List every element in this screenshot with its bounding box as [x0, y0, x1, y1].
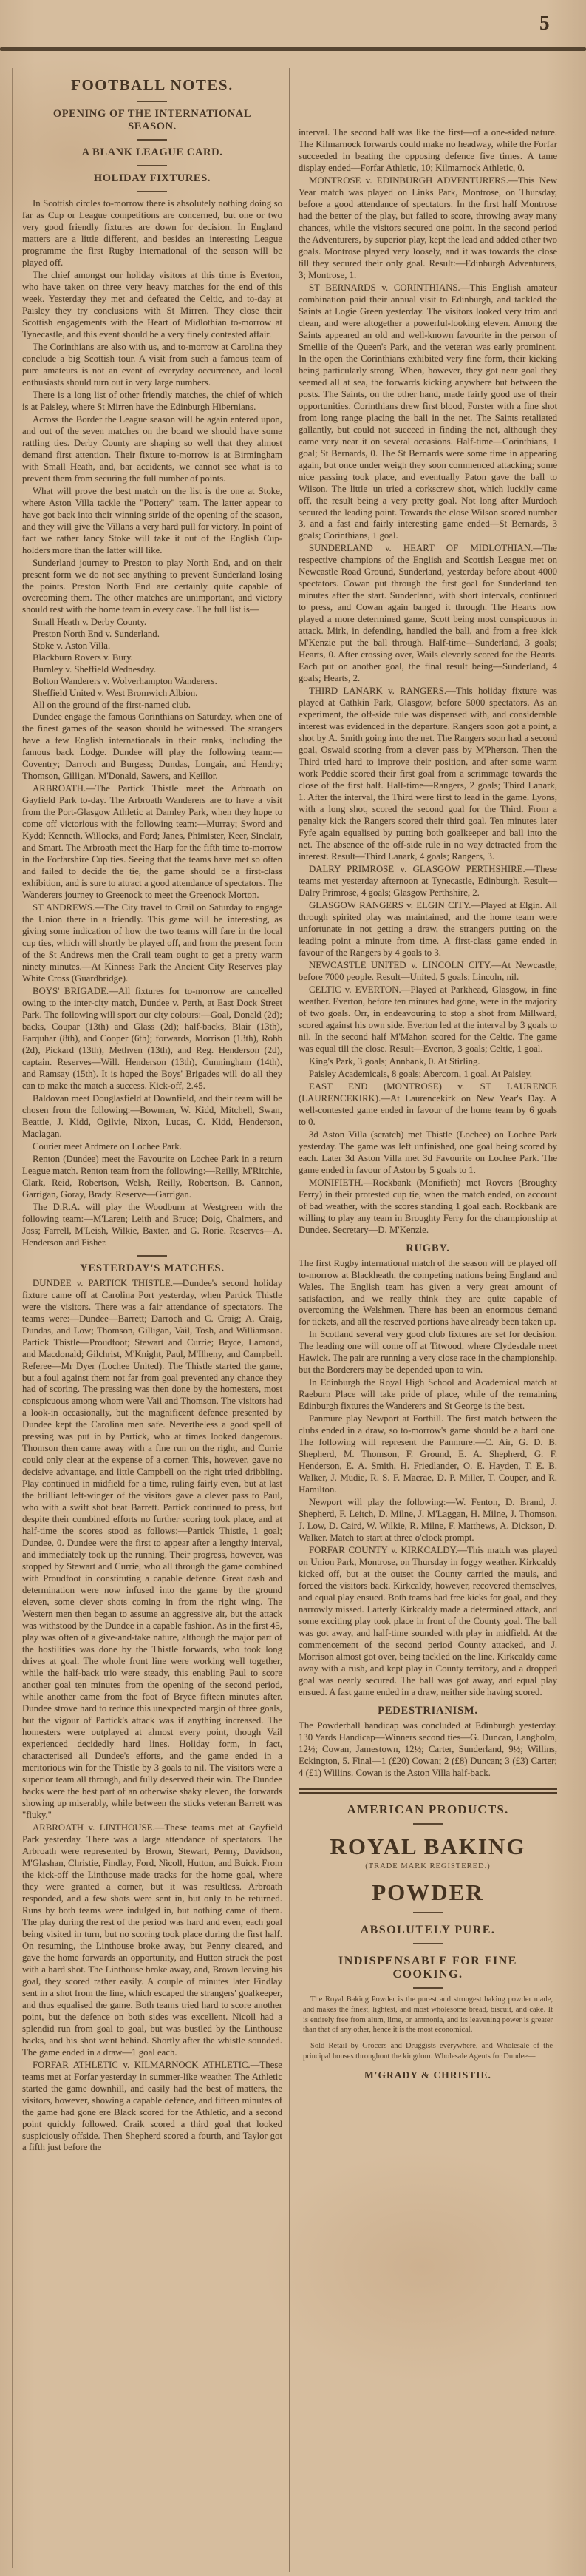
article-paragraph: The D.R.A. will play the Woodburn at Wes… — [22, 1202, 282, 1249]
ad-trademark-note: (TRADE MARK REGISTERED.) — [299, 1862, 557, 1870]
divider-rule — [137, 139, 167, 141]
divider-rule — [413, 1912, 443, 1913]
article-paragraph: DALRY PRIMROSE v. GLASGOW PERTHSHIRE.—Th… — [299, 864, 557, 899]
divider-rule — [413, 1823, 443, 1825]
ad-slogan: INDISPENSABLE FOR FINE COOKING. — [318, 1955, 538, 1981]
article-paragraph: FORFAR ATHLETIC v. KILMARNOCK ATHLETIC.—… — [22, 2060, 282, 2154]
article-paragraph: In Edinburgh the Royal High School and A… — [299, 1377, 557, 1413]
article-paragraph: ST BERNARDS v. CORINTHIANS.—This English… — [299, 283, 557, 543]
section-heading: PEDESTRIANISM. — [299, 1705, 557, 1717]
article-paragraph: In Scottish circles to-morrow there is a… — [22, 198, 282, 269]
fixture-line: Bolton Wanderers v. Wolverhampton Wander… — [22, 676, 282, 688]
article-paragraph: MONIFIETH.—Rockbank (Monifieth) met Rove… — [299, 1177, 557, 1237]
section-heading: YESTERDAY'S MATCHES. — [22, 1262, 282, 1275]
article-paragraph: The Corinthians are also with us, and to… — [22, 342, 282, 389]
fixture-line: Sheffield United v. West Bromwich Albion… — [22, 688, 282, 700]
article-paragraph: NEWCASTLE UNITED v. LINCOLN CITY.—At New… — [299, 960, 557, 984]
page-number: 5 — [539, 12, 550, 35]
article-paragraph: Panmure play Newport at Forthill. The fi… — [299, 1413, 557, 1496]
divider-rule — [137, 101, 167, 102]
fixture-line: Burnley v. Sheffield Wednesday. — [22, 664, 282, 676]
fixture-line: All on the ground of the first-named clu… — [22, 700, 282, 711]
divider-rule — [137, 1255, 167, 1257]
article-paragraph: ARBROATH.—The Partick Thistle meet the A… — [22, 783, 282, 902]
left-column: FOOTBALL NOTES.OPENING OF THE INTERNATIO… — [22, 70, 282, 2154]
divider-rule — [137, 191, 167, 192]
fixture-line: Preston North End v. Sunderland. — [22, 629, 282, 640]
ad-brand-text: POWDER — [299, 1879, 557, 1906]
article-subhead: A BLANK LEAGUE CARD. — [33, 146, 272, 159]
fixture-line: Small Heath v. Derby County. — [22, 617, 282, 629]
article-paragraph: EAST END (MONTROSE) v. ST LAURENCE (LAUR… — [299, 1081, 557, 1129]
article-subhead: OPENING OF THE INTERNATIONAL SEASON. — [33, 108, 272, 133]
article-paragraph: GLASGOW RANGERS v. ELGIN CITY.—Played at… — [299, 900, 557, 959]
right-column: interval. The second half was like the f… — [299, 127, 557, 2084]
article-paragraph: Across the Border the League season will… — [22, 414, 282, 485]
article-paragraph: 3d Aston Villa (scratch) met Thistle (Lo… — [299, 1129, 557, 1177]
article-paragraph: FORFAR COUNTY v. KIRKCALDY.—This match w… — [299, 1545, 557, 1699]
ad-fine-print: Sold Retail by Grocers and Druggists eve… — [303, 2041, 553, 2062]
article-paragraph: The chief amongst our holiday visitors a… — [22, 270, 282, 341]
divider-rule — [413, 1943, 443, 1944]
ad-slogan: ABSOLUTELY PURE. — [318, 1924, 538, 1937]
article-paragraph: ST ANDREWS.—The City travel to Crail on … — [22, 902, 282, 985]
divider-rule — [413, 1987, 443, 1989]
ad-heading: AMERICAN PRODUCTS. — [299, 1802, 557, 1817]
article-paragraph: Paisley Academicals, 8 goals; Abercorn, … — [299, 1069, 557, 1081]
ad-fine-print: The Royal Baking Powder is the purest an… — [303, 1995, 553, 2035]
top-rule — [0, 47, 586, 51]
section-heading: RUGBY. — [299, 1243, 557, 1255]
article-paragraph: SUNDERLAND v. HEART OF MIDLOTHIAN.—The r… — [299, 543, 557, 685]
fixture-line: Blackburn Rovers v. Bury. — [22, 652, 282, 664]
fixture-line: Stoke v. Aston Villa. — [22, 640, 282, 652]
article-paragraph: MONTROSE v. EDINBURGH ADVENTURERS.—This … — [299, 175, 557, 282]
article-paragraph: THIRD LANARK v. RANGERS.—This holiday fi… — [299, 686, 557, 863]
article-title: FOOTBALL NOTES. — [22, 76, 282, 95]
article-paragraph: CELTIC v. EVERTON.—Played at Parkhead, G… — [299, 984, 557, 1055]
article-paragraph: Renton (Dundee) meet the Favourite on Lo… — [22, 1154, 282, 1201]
ad-brand-text: ROYAL BAKING — [299, 1833, 557, 1860]
article-paragraph: In Scotland several very good club fixtu… — [299, 1329, 557, 1376]
article-paragraph: What will prove the best match on the li… — [22, 486, 282, 557]
article-paragraph: interval. The second half was like the f… — [299, 127, 557, 175]
divider-rule — [137, 165, 167, 166]
article-paragraph: Sunderland journey to Preston to play No… — [22, 558, 282, 617]
ad-agents: M'GRADY & CHRISTIE. — [299, 2069, 557, 2081]
article-paragraph: Newport will play the following:—W. Fent… — [299, 1497, 557, 1544]
double-rule — [299, 1788, 557, 1794]
article-paragraph: Dundee engage the famous Corinthians on … — [22, 711, 282, 782]
article-paragraph: The first Rugby international match of t… — [299, 1258, 557, 1329]
article-subhead: HOLIDAY FIXTURES. — [33, 172, 272, 185]
article-paragraph: King's Park, 3 goals; Annbank, 0. At Sti… — [299, 1056, 557, 1068]
left-column-rule — [12, 68, 13, 2568]
article-paragraph: Baldovan meet Douglasfield at Downfield,… — [22, 1093, 282, 1140]
article-paragraph: The Powderhall handicap was concluded at… — [299, 1720, 557, 1779]
article-paragraph: BOYS' BRIGADE.—All fixtures for to-morro… — [22, 986, 282, 1092]
article-paragraph: There is a long list of other friendly m… — [22, 390, 282, 413]
article-paragraph: DUNDEE v. PARTICK THISTLE.—Dundee's seco… — [22, 1278, 282, 1822]
article-paragraph: ARBROATH v. LINTHOUSE.—These teams met a… — [22, 1822, 282, 2059]
article-paragraph: Courier meet Ardmere on Lochee Park. — [22, 1141, 282, 1153]
column-divider-rule — [289, 68, 290, 2572]
